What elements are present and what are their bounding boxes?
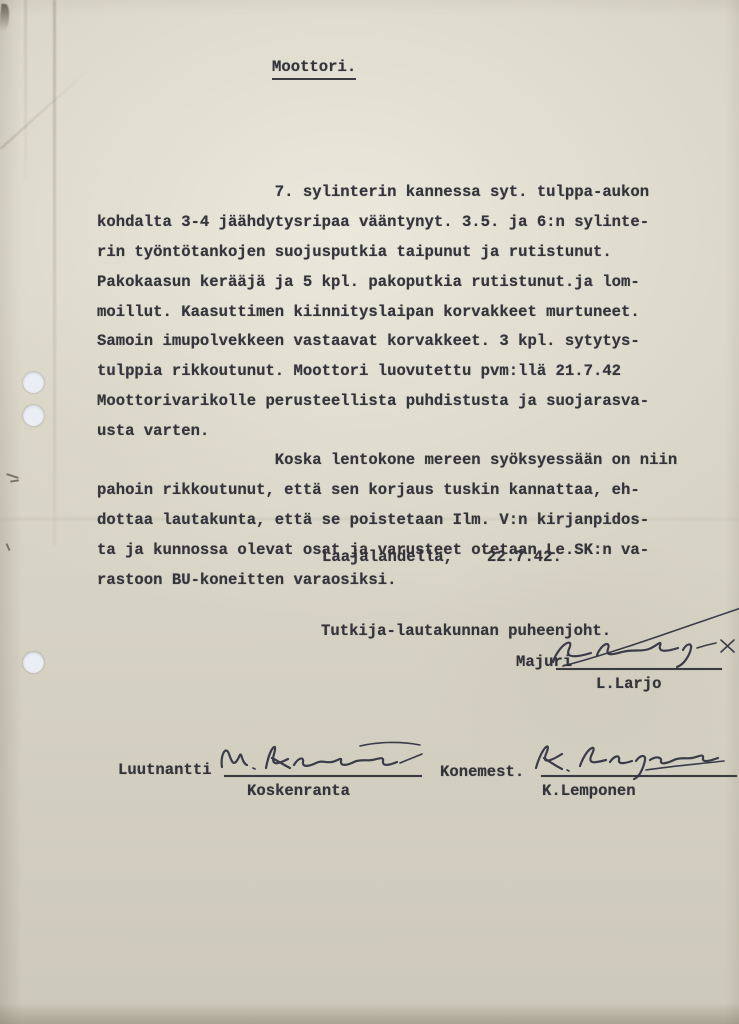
pencil-mark — [6, 473, 19, 479]
punch-hole — [23, 372, 44, 393]
dateline-place: Laajalahdella, — [322, 543, 453, 573]
pencil-mark — [5, 543, 10, 551]
paper-corner-curl — [0, 4, 10, 33]
document-title: Moottori. — [272, 58, 356, 80]
pencil-mark — [10, 479, 19, 482]
signature-larjo-handwriting-icon — [545, 600, 739, 680]
text-line: Samoin imupolvekkeen vastaavat korvakkee… — [97, 327, 649, 357]
text-line: rin työntötankojen suojusputkia taipunut… — [97, 238, 649, 268]
dateline: Laajalahdella, 22.7.42. — [322, 543, 562, 573]
vertical-fold-crease — [53, 0, 56, 545]
signer-left-typed-name: Koskenranta — [247, 777, 350, 807]
signer-right-rank: Konemest. — [440, 758, 524, 788]
document-photo: Moottori. 7. sylinterin kannessa syt. tu… — [0, 0, 739, 1024]
signature-lemponen-handwriting-icon — [526, 730, 731, 784]
punch-hole — [23, 652, 44, 673]
text-line: pahoin rikkoutunut, että sen korjaus tus… — [97, 476, 677, 506]
diagonal-corner-crease — [0, 68, 91, 150]
text-line: Koska lentokone mereen syöksyessään on n… — [97, 446, 677, 476]
text-line: Pakokaasun kerääjä ja 5 kpl. pakoputkia … — [97, 268, 649, 298]
text-line: dottaa lautakunta, että se poistetaan Il… — [97, 506, 677, 536]
signature-koskenranta-handwriting-icon — [212, 733, 432, 781]
dateline-date: 22.7.42. — [487, 543, 562, 573]
signer-left-rank: Luutnantti — [118, 756, 212, 786]
text-line: 7. sylinterin kannessa syt. tulppa-aukon — [97, 178, 649, 208]
text-line: moillut. Kaasuttimen kiinnityslaipan kor… — [97, 298, 649, 328]
text-line: kohdalta 3-4 jäähdytysripaa vääntynyt. 3… — [97, 208, 649, 238]
punch-hole — [23, 405, 44, 426]
vertical-edge-crease — [24, 0, 27, 180]
